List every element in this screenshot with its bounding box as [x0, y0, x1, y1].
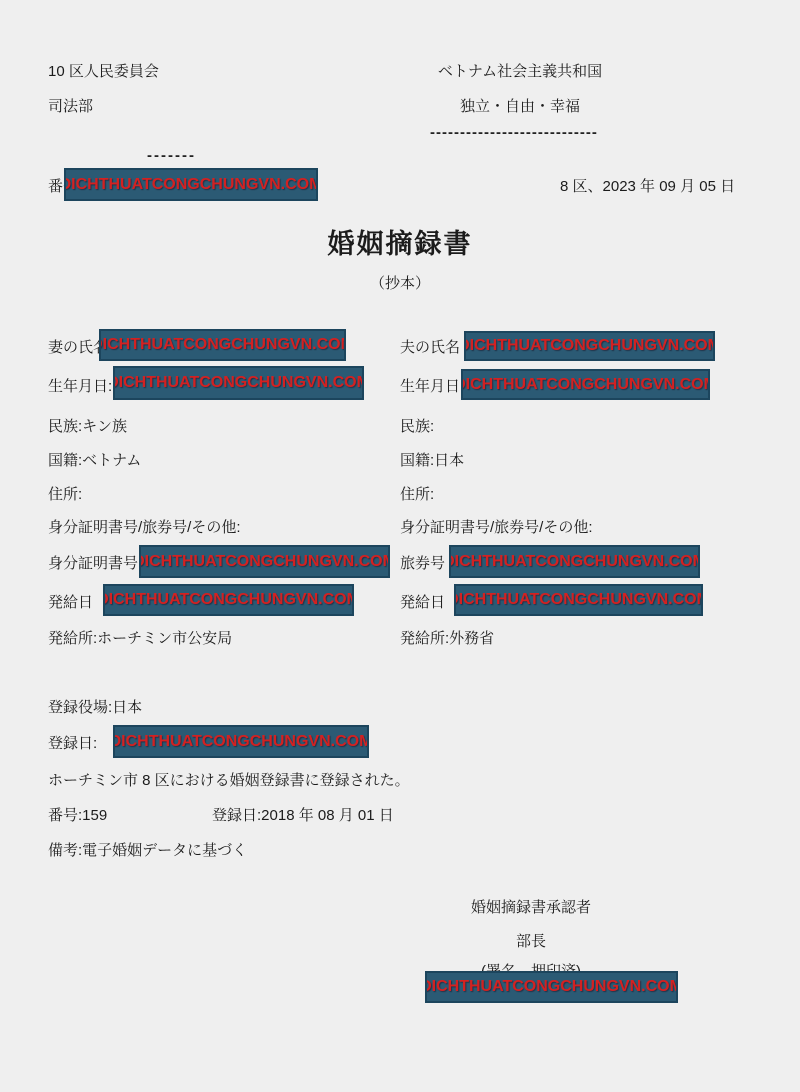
wife-id-section-header: 身分証明書号/旅券号/その他:	[48, 516, 241, 537]
watermark-husband-issue-date: DICHTHUATCONGCHUNGVN.COM	[454, 584, 703, 616]
husband-name-label: 夫の氏名	[400, 336, 460, 357]
watermark-wife-id-number: DICHTHUATCONGCHUNGVN.COM	[139, 545, 390, 578]
husband-passport-label: 旅券号	[400, 552, 445, 573]
approver-role: 部長	[378, 930, 684, 951]
registration-office: 登録役場:日本	[48, 696, 142, 717]
watermark-registration-date: DICHTHUATCONGCHUNGVN.COM	[113, 725, 369, 758]
watermark-wife-issue-date: DICHTHUATCONGCHUNGVN.COM	[103, 584, 354, 616]
husband-ethnicity: 民族:	[400, 415, 434, 436]
registration-remarks: 備考:電子婚姻データに基づく	[48, 839, 247, 860]
husband-dob-label: 生年月日	[400, 375, 460, 396]
issuing-committee: 10 区人民委員会	[48, 60, 159, 81]
wife-issue-date-label: 発給日	[48, 591, 93, 612]
wife-nationality: 国籍:ベトナム	[48, 449, 141, 470]
right-separator: ----------------------------	[430, 124, 598, 141]
watermark-wife-name: DICHTHUATCONGCHUNGVN.COM	[99, 329, 346, 361]
registration-number: 番号:159	[48, 804, 107, 825]
country-name: ベトナム社会主義共和国	[400, 60, 640, 81]
watermark-husband-dob: DICHTHUATCONGCHUNGVN.COM	[461, 369, 710, 400]
wife-address: 住所:	[48, 483, 82, 504]
wife-id-label: 身分証明書号	[48, 552, 138, 573]
document-title: 婚姻摘録書	[0, 222, 800, 261]
issuing-department: 司法部	[48, 95, 93, 116]
place-and-date: 8 区、2023 年 09 月 05 日	[560, 175, 735, 196]
watermark-husband-name: DICHTHUATCONGCHUNGVN.COM	[464, 331, 715, 361]
document-subtitle: （抄本）	[0, 272, 800, 293]
watermark-document-number: DICHTHUATCONGCHUNGVN.COM	[64, 168, 318, 201]
document-page: 10 区人民委員会 司法部 ------- 番号 ベトナム社会主義共和国 独立・…	[0, 0, 800, 1092]
watermark-signature: DICHTHUATCONGCHUNGVN.COM	[425, 971, 678, 1003]
registration-book-date: 登録日:2018 年 08 月 01 日	[212, 804, 394, 825]
husband-nationality: 国籍:日本	[400, 449, 464, 470]
national-motto: 独立・自由・幸福	[400, 95, 640, 116]
approver-title: 婚姻摘録書承認者	[378, 896, 684, 917]
wife-dob-label: 生年月日:	[48, 375, 112, 396]
husband-issue-place: 発給所:外務省	[400, 627, 494, 648]
wife-issue-place: 発給所:ホーチミン市公安局	[48, 627, 232, 648]
husband-id-section-header: 身分証明書号/旅券号/その他:	[400, 516, 593, 537]
watermark-husband-passport-number: DICHTHUATCONGCHUNGVN.COM	[449, 545, 700, 578]
left-separator: -------	[147, 147, 196, 164]
registration-statement: ホーチミン市 8 区における婚姻登録書に登録された。	[48, 769, 410, 790]
registration-date-label: 登録日:	[48, 732, 97, 753]
husband-address: 住所:	[400, 483, 434, 504]
husband-issue-date-label: 発給日	[400, 591, 445, 612]
watermark-wife-dob: DICHTHUATCONGCHUNGVN.COM	[113, 366, 364, 400]
wife-ethnicity: 民族:キン族	[48, 415, 127, 436]
